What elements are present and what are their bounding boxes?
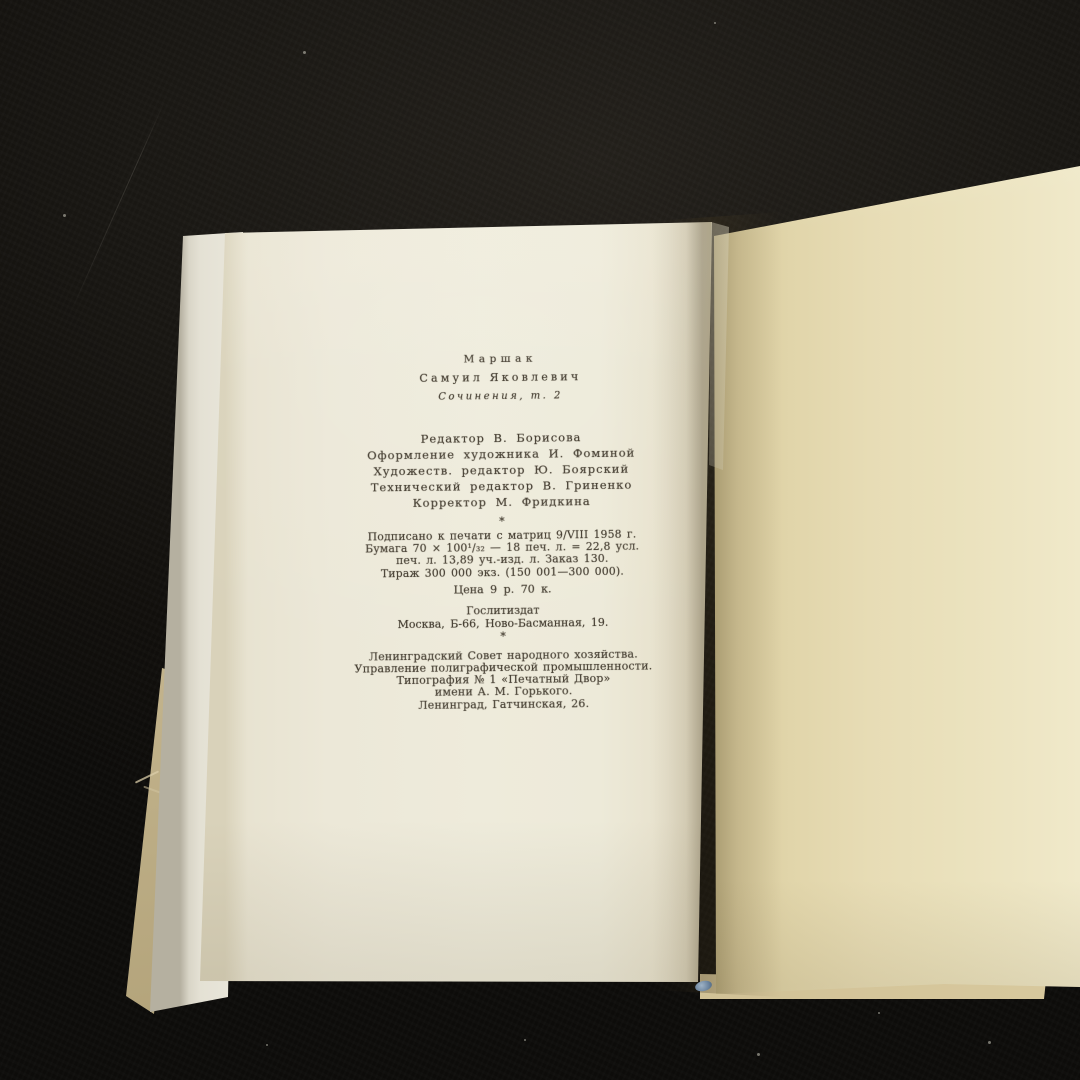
editorial-staff-block: Редактор В. Борисова Оформление художник…: [331, 428, 672, 512]
dust-speck: [524, 1039, 526, 1041]
dust-speck: [714, 22, 716, 24]
dust-speck: [988, 1041, 991, 1044]
dust-speck: [63, 214, 66, 217]
dust-speck: [757, 1053, 760, 1056]
printer-block: Ленинградский Совет народного хозяйства.…: [333, 648, 674, 713]
book-title-volume: Сочинения, т. 2: [331, 385, 671, 408]
dust-speck: [303, 51, 306, 54]
colophon-text-block: Маршак Самуил Яковлевич Сочинения, т. 2 …: [330, 348, 674, 712]
dust-speck: [266, 1044, 268, 1046]
print-info-line: Тираж 300 000 экз. (150 001—300 000).: [332, 565, 672, 581]
dust-speck: [878, 1012, 880, 1014]
print-info-block: Подписано к печати с матриц 9/VIII 1958 …: [332, 528, 672, 580]
price-line: Цена 9 р. 70 к.: [333, 582, 673, 598]
book-photo: Маршак Самуил Яковлевич Сочинения, т. 2 …: [0, 0, 1080, 1080]
separator-asterisk: *: [333, 628, 673, 646]
publisher-block: Гослитиздат Москва, Б-66, Ново-Басманная…: [333, 602, 673, 632]
